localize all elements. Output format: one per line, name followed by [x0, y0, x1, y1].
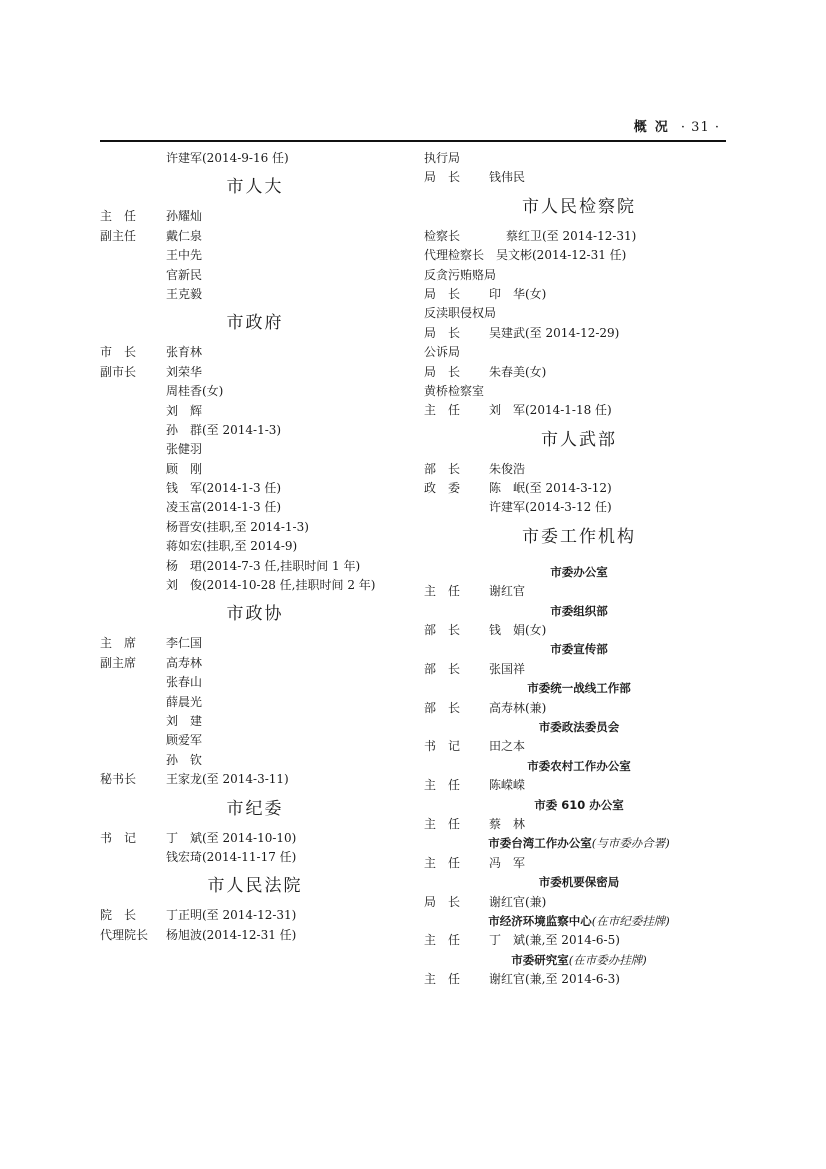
list-item: 周桂香(女) [100, 382, 410, 401]
unit-title: 市委研究室(在市委办挂牌) [424, 951, 734, 970]
list-item: 主 任刘 军(2014-1-18 任) [424, 401, 734, 420]
list-item: 孙 钦 [100, 751, 410, 770]
org-name: 执行局 [424, 149, 734, 168]
section-title-zhengfu: 市政府 [100, 304, 410, 343]
list-item: 院 长丁正明(至 2014-12-31) [100, 906, 410, 925]
section-title-wubu: 市人武部 [424, 421, 734, 460]
list-item: 孙 群(至 2014-1-3) [100, 421, 410, 440]
page-header-text: 概况 · 31 · [634, 116, 720, 135]
list-item: 局 长钱伟民 [424, 168, 734, 187]
list-item: 顾爱军 [100, 731, 410, 750]
unit-title: 市委机要保密局 [424, 873, 734, 892]
list-item: 刘 建 [100, 712, 410, 731]
list-item: 书 记田之本 [424, 737, 734, 756]
unit-title: 市委台湾工作办公室(与市委办合署) [424, 834, 734, 853]
header-section: 概况 [634, 120, 676, 135]
page-number: · 31 · [681, 120, 720, 135]
list-item: 主 任丁 斌(兼,至 2014-6-5) [424, 931, 734, 950]
header-rule [100, 140, 726, 142]
list-item: 部 长张国祥 [424, 660, 734, 679]
list-item: 顾 刚 [100, 460, 410, 479]
list-item: 市 长张育林 [100, 343, 410, 362]
list-item: 检察长蔡红卫(至 2014-12-31) [424, 227, 734, 246]
org-name: 公诉局 [424, 343, 734, 362]
unit-title: 市委办公室 [424, 563, 734, 582]
unit-title: 市委政法委员会 [424, 718, 734, 737]
list-item: 许建军(2014-9-16 任) [100, 149, 410, 168]
list-item: 部 长钱 娟(女) [424, 621, 734, 640]
list-item: 凌玉富(2014-1-3 任) [100, 498, 410, 517]
list-item: 张健羽 [100, 440, 410, 459]
list-item: 官新民 [100, 266, 410, 285]
unit-title: 市委宣传部 [424, 640, 734, 659]
list-item: 主 任冯 军 [424, 854, 734, 873]
running-header: 概况 · 31 · [100, 112, 726, 140]
list-item: 薛晨光 [100, 693, 410, 712]
list-item: 局 长印 华(女) [424, 285, 734, 304]
list-item: 副市长刘荣华 [100, 363, 410, 382]
list-item: 部 长朱俊浩 [424, 460, 734, 479]
list-item: 部 长高寿林(兼) [424, 699, 734, 718]
list-item: 局 长朱春美(女) [424, 363, 734, 382]
list-item: 副主任戴仁泉 [100, 227, 410, 246]
list-item: 钱宏琦(2014-11-17 任) [100, 848, 410, 867]
list-item: 杨晋安(挂职,至 2014-1-3) [100, 518, 410, 537]
list-item: 代理院长杨旭波(2014-12-31 任) [100, 926, 410, 945]
list-item: 副主席高寿林 [100, 654, 410, 673]
unit-title: 市委组织部 [424, 602, 734, 621]
org-name: 反贪污贿赂局 [424, 266, 734, 285]
list-item: 主 席李仁国 [100, 634, 410, 653]
unit-title: 市委 610 办公室 [424, 796, 734, 815]
list-item: 刘 辉 [100, 402, 410, 421]
unit-title: 市委统一战线工作部 [424, 679, 734, 698]
list-item: 王克毅 [100, 285, 410, 304]
unit-title: 市委农村工作办公室 [424, 757, 734, 776]
section-title-jianchayuan: 市人民检察院 [424, 188, 734, 227]
section-title-fayuan: 市人民法院 [100, 867, 410, 906]
list-item: 政 委陈 岷(至 2014-3-12) [424, 479, 734, 498]
list-item: 主 任孙耀灿 [100, 207, 410, 226]
list-item: 钱 军(2014-1-3 任) [100, 479, 410, 498]
list-item: 书 记丁 斌(至 2014-10-10) [100, 829, 410, 848]
section-title-shiwei: 市委工作机构 [424, 518, 734, 557]
list-item: 刘 俊(2014-10-28 任,挂职时间 2 年) [100, 576, 410, 595]
org-name: 反渎职侵权局 [424, 304, 734, 323]
section-title-renda: 市人大 [100, 168, 410, 207]
section-title-jiwei: 市纪委 [100, 790, 410, 829]
list-item: 张春山 [100, 673, 410, 692]
list-item: 主 任蔡 林 [424, 815, 734, 834]
list-item: 王中先 [100, 246, 410, 265]
list-item: 局 长吴建武(至 2014-12-29) [424, 324, 734, 343]
unit-title: 市经济环境监察中心(在市纪委挂牌) [424, 912, 734, 931]
list-item: 主 任谢红官 [424, 582, 734, 601]
org-name: 黄桥检察室 [424, 382, 734, 401]
list-item: 蒋如宏(挂职,至 2014-9) [100, 537, 410, 556]
list-item: 杨 珺(2014-7-3 任,挂职时间 1 年) [100, 557, 410, 576]
list-item: 代理检察长吴文彬(2014-12-31 任) [424, 246, 734, 265]
list-item: 主 任谢红官(兼,至 2014-6-3) [424, 970, 734, 989]
list-item: 主 任陈嵘嵘 [424, 776, 734, 795]
list-item: 局 长谢红官(兼) [424, 893, 734, 912]
list-item: 秘书长王家龙(至 2014-3-11) [100, 770, 410, 789]
right-column: 执行局 局 长钱伟民 市人民检察院 检察长蔡红卫(至 2014-12-31) 代… [424, 149, 734, 989]
section-title-zhengxie: 市政协 [100, 595, 410, 634]
list-item: 许建军(2014-3-12 任) [424, 498, 734, 517]
left-column: 许建军(2014-9-16 任) 市人大 主 任孙耀灿 副主任戴仁泉 王中先 官… [100, 149, 410, 945]
